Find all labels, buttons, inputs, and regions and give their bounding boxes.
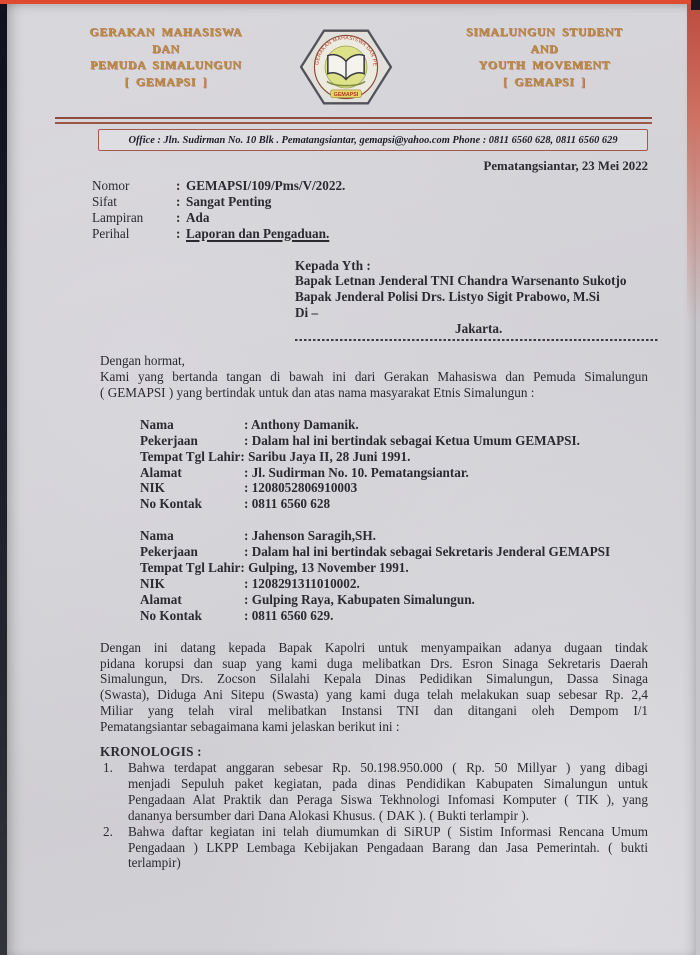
person-row: Alamat: Jl. Sudirman No. 10. Pematangsia… bbox=[140, 465, 648, 481]
person-block-2: Nama: Jahenson Saragih,SH. Pekerjaan: Da… bbox=[140, 528, 648, 623]
item-line: Bahwa terdapat anggaran sebesar Rp. 50.1… bbox=[128, 760, 648, 776]
item-number: 2. bbox=[100, 824, 128, 840]
person-row: Alamat: Gulping Raya, Kabupaten Simalung… bbox=[140, 592, 648, 608]
seal-icon: GERAKAN MAHASISWA DAN PEMUDA SIMALUNGUN … bbox=[298, 24, 394, 110]
person-value: : Jl. Sudirman No. 10. Pematangsiantar. bbox=[244, 465, 469, 480]
body-line: pidana korupsi dan suap yang kami duga m… bbox=[100, 656, 648, 672]
intro-paragraph: Kami yang bertanda tangan di bawah ini d… bbox=[100, 369, 648, 401]
meta-value: Ada bbox=[186, 210, 209, 225]
meta-label: Sifat bbox=[92, 194, 176, 210]
body-line: Dengan ini datang kepada Bapak Kapolri u… bbox=[100, 640, 648, 656]
org-right-line: AND bbox=[422, 41, 669, 58]
letter-meta-block: Nomor:GEMAPSI/109/Pms/V/2022. Sifat:Sang… bbox=[92, 178, 648, 242]
body-line: (Swasta), Diduga Ani Sitepu (Swasta) yan… bbox=[100, 687, 648, 703]
person-value: : Dalam hal ini bertindak sebagai Ketua … bbox=[244, 433, 580, 448]
gemapsi-seal-logo: GERAKAN MAHASISWA DAN PEMUDA SIMALUNGUN … bbox=[290, 24, 402, 110]
item-line: Pengadaan ) LKPP Lembaga Kebijakan Penga… bbox=[128, 840, 648, 856]
person-row: Tempat Tgl Lahir: Saribu Jaya II, 28 Jun… bbox=[140, 449, 648, 465]
person-label: Alamat bbox=[140, 465, 244, 481]
recipient-heading: Kepada Yth : bbox=[295, 258, 648, 274]
person-value: Saribu Jaya II, 28 Juni 1991. bbox=[248, 449, 410, 464]
letter-body: Pematangsiantar, 23 Mei 2022 Nomor:GEMAP… bbox=[7, 159, 696, 871]
body-line: Pematangsiantar sebagaimana kami jelaska… bbox=[100, 719, 648, 735]
person-value: : Jahenson Saragih,SH. bbox=[244, 528, 376, 543]
item-line: terlampir) bbox=[128, 855, 648, 871]
org-right-line: [ GEMAPSI ] bbox=[422, 74, 669, 91]
person-label: Nama bbox=[140, 528, 244, 544]
letterhead-divider bbox=[55, 117, 652, 124]
item-line: Pengadaan Alat Praktik dan Peraga Siswa … bbox=[128, 792, 648, 808]
letterhead: GERAKAN MAHASISWA DAN PEMUDA SIMALUNGUN … bbox=[7, 24, 696, 110]
org-name-english: SIMALUNGUN STUDENT AND YOUTH MOVEMENT [ … bbox=[402, 24, 697, 90]
kronologis-heading: KRONOLOGIS : bbox=[100, 744, 648, 760]
body-line: Miliar yang telah viral melibatkan Insta… bbox=[100, 703, 648, 719]
intro-line: ( GEMAPSI ) yang bertindak untuk dan ata… bbox=[100, 385, 648, 401]
person-row: Pekerjaan: Dalam hal ini bertindak sebag… bbox=[140, 433, 648, 449]
meta-row-lampiran: Lampiran:Ada bbox=[92, 210, 648, 226]
recipient-block: Kepada Yth : Bapak Letnan Jenderal TNI C… bbox=[295, 258, 648, 338]
date-place-line: Pematangsiantar, 23 Mei 2022 bbox=[100, 159, 648, 175]
meta-colon: : bbox=[176, 210, 186, 226]
letter-page: GERAKAN MAHASISWA DAN PEMUDA SIMALUNGUN … bbox=[7, 4, 696, 955]
meta-value: Sangat Penting bbox=[186, 194, 271, 209]
meta-row-perihal: Perihal:Laporan dan Pengaduan. bbox=[92, 226, 648, 242]
recipient-line: Bapak Letnan Jenderal TNI Chandra Warsen… bbox=[295, 273, 648, 289]
recipient-separator-line bbox=[295, 339, 659, 341]
kronologis-item-1: 1. Bahwa terdapat anggaran sebesar Rp. 5… bbox=[100, 760, 648, 824]
person-label: Tempat Tgl Lahir: bbox=[140, 560, 245, 576]
org-right-line: YOUTH MOVEMENT bbox=[422, 57, 669, 74]
item-line: menjadi Sepuluh paket kegiatan, pada din… bbox=[128, 776, 648, 792]
meta-label: Nomor bbox=[92, 178, 176, 194]
person-value: Gulping, 13 November 1991. bbox=[248, 560, 409, 575]
office-address-line: Office : Jln. Sudirman No. 10 Blk . Pema… bbox=[128, 135, 617, 146]
recipient-line: Di – bbox=[295, 305, 648, 321]
person-label: No Kontak bbox=[140, 496, 244, 512]
meta-colon: : bbox=[176, 178, 186, 194]
person-value: : 0811 6560 628 bbox=[244, 496, 330, 511]
body-line: Simalungun, Drs. Zocson Silalahi Kepala … bbox=[100, 671, 648, 687]
recipient-city: Jakarta. bbox=[455, 321, 648, 337]
person-label: NIK bbox=[140, 480, 244, 496]
person-value: : Dalam hal ini bertindak sebagai Sekret… bbox=[244, 544, 610, 559]
meta-label: Lampiran bbox=[92, 210, 176, 226]
recipient-line: Bapak Jenderal Polisi Drs. Listyo Sigit … bbox=[295, 289, 648, 305]
intro-line: Kami yang bertanda tangan di bawah ini d… bbox=[100, 369, 648, 385]
org-left-line: GERAKAN MAHASISWA bbox=[43, 24, 290, 41]
office-address-box: Office : Jln. Sudirman No. 10 Blk . Pema… bbox=[98, 129, 648, 151]
person-label: Nama bbox=[140, 417, 244, 433]
org-right-line: SIMALUNGUN STUDENT bbox=[422, 24, 669, 41]
org-left-line: [ GEMAPSI ] bbox=[43, 74, 290, 91]
meta-value: Laporan dan Pengaduan. bbox=[186, 226, 329, 241]
org-left-line: PEMUDA SIMALUNGUN bbox=[43, 57, 290, 74]
meta-colon: : bbox=[176, 226, 186, 242]
person-value: : Gulping Raya, Kabupaten Simalungun. bbox=[244, 592, 475, 607]
person-label: Pekerjaan bbox=[140, 544, 244, 560]
photo-corner-mark bbox=[691, 0, 700, 10]
person-value: : Anthony Damanik. bbox=[244, 417, 359, 432]
item-text: Bahwa daftar kegiatan ini telah diumumka… bbox=[128, 824, 648, 872]
meta-value: GEMAPSI/109/Pms/V/2022. bbox=[186, 178, 345, 193]
person-value: : 1208052806910003 bbox=[244, 480, 357, 495]
main-paragraph: Dengan ini datang kepada Bapak Kapolri u… bbox=[100, 640, 648, 735]
seal-bottom-text: GEMAPSI bbox=[333, 92, 358, 98]
person-label: No Kontak bbox=[140, 608, 244, 624]
person-block-1: Nama: Anthony Damanik. Pekerjaan: Dalam … bbox=[140, 417, 648, 512]
org-name-indonesian: GERAKAN MAHASISWA DAN PEMUDA SIMALUNGUN … bbox=[7, 24, 290, 90]
person-label: Pekerjaan bbox=[140, 433, 244, 449]
person-row: NIK: 1208291311010002. bbox=[140, 576, 648, 592]
photo-edge-top bbox=[0, 0, 700, 4]
person-row: Nama: Anthony Damanik. bbox=[140, 417, 648, 433]
person-row: Pekerjaan: Dalam hal ini bertindak sebag… bbox=[140, 544, 648, 560]
scanned-letter-photo: GERAKAN MAHASISWA DAN PEMUDA SIMALUNGUN … bbox=[0, 0, 700, 955]
item-number: 1. bbox=[100, 760, 128, 776]
photo-edge-right bbox=[687, 3, 700, 323]
person-row: NIK: 1208052806910003 bbox=[140, 480, 648, 496]
person-row: Tempat Tgl Lahir: Gulping, 13 November 1… bbox=[140, 560, 648, 576]
person-label: NIK bbox=[140, 576, 244, 592]
person-row: No Kontak: 0811 6560 628 bbox=[140, 496, 648, 512]
meta-colon: : bbox=[176, 194, 186, 210]
person-row: No Kontak: 0811 6560 629. bbox=[140, 608, 648, 624]
item-line: Bahwa daftar kegiatan ini telah diumumka… bbox=[128, 824, 648, 840]
person-value: : 1208291311010002. bbox=[244, 576, 360, 591]
salutation: Dengan hormat, bbox=[100, 353, 648, 369]
meta-row-sifat: Sifat:Sangat Penting bbox=[92, 194, 648, 210]
meta-label: Perihal bbox=[92, 226, 176, 242]
kronologis-item-2: 2. Bahwa daftar kegiatan ini telah diumu… bbox=[100, 824, 648, 872]
org-left-line: DAN bbox=[43, 41, 290, 58]
photo-edge-left bbox=[0, 3, 7, 955]
meta-row-nomor: Nomor:GEMAPSI/109/Pms/V/2022. bbox=[92, 178, 648, 194]
person-row: Nama: Jahenson Saragih,SH. bbox=[140, 528, 648, 544]
person-label: Alamat bbox=[140, 592, 244, 608]
item-line: dananya bersumber dari Dana Alokasi Khus… bbox=[128, 808, 648, 824]
item-text: Bahwa terdapat anggaran sebesar Rp. 50.1… bbox=[128, 760, 648, 824]
person-value: : 0811 6560 629. bbox=[244, 608, 333, 623]
person-label: Tempat Tgl Lahir: bbox=[140, 449, 245, 465]
